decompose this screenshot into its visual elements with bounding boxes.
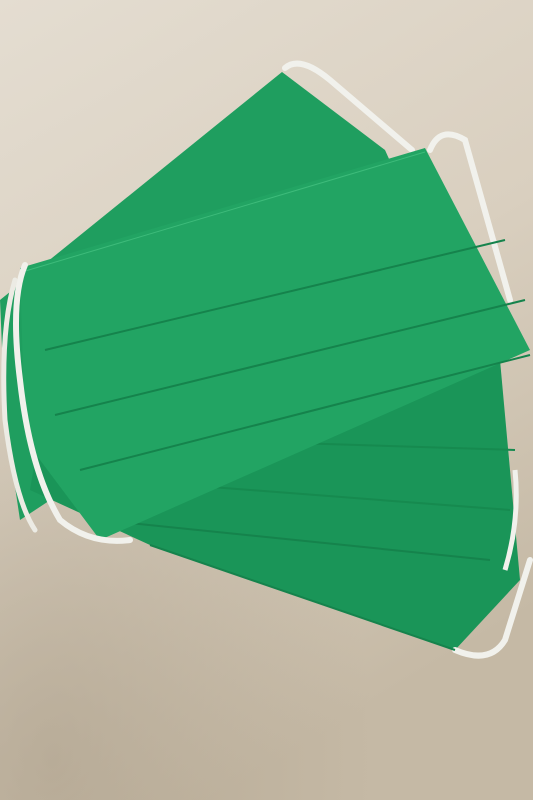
photo-canvas — [0, 0, 533, 800]
mask-photo: Green pleated cloth face masks stacked o… — [0, 0, 533, 800]
